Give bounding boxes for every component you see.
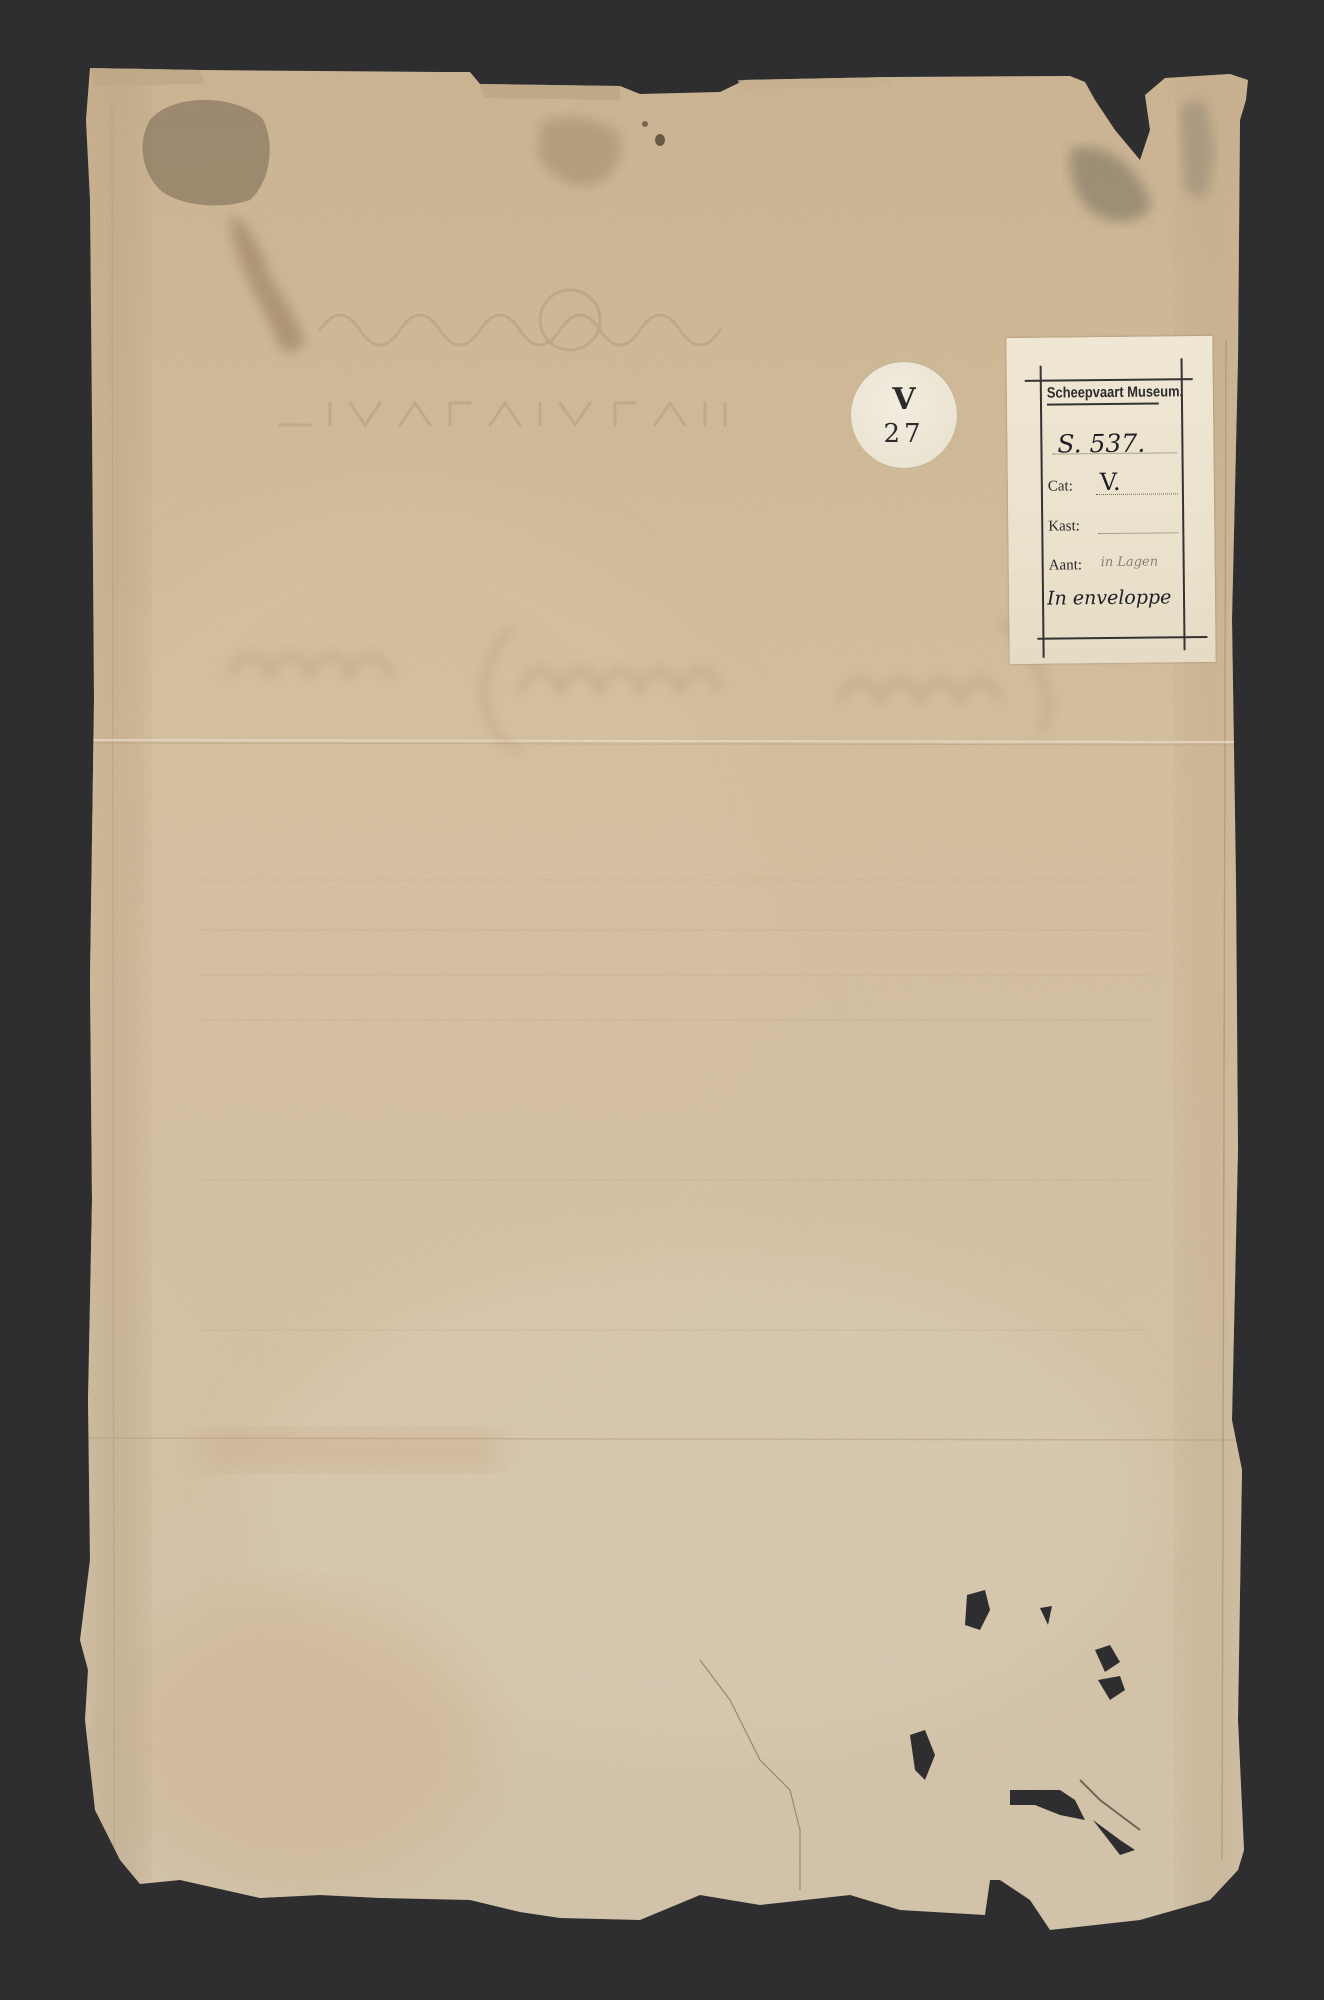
cat-field-label: Cat: xyxy=(1048,478,1073,495)
kast-dotted-line xyxy=(1098,532,1178,534)
museum-label-title: Scheepvaart Museum. xyxy=(1047,383,1159,405)
label-frame-left xyxy=(1040,366,1045,658)
label-note: In enveloppe xyxy=(1047,586,1172,609)
sticker-number: 27 xyxy=(883,419,924,449)
label-frame-bottom xyxy=(1037,636,1207,640)
aant-field-value: in Lagen xyxy=(1101,555,1159,571)
sticker-letter: V xyxy=(892,385,915,415)
museum-label-card: Scheepvaart Museum. S. 537. Cat: V. Kast… xyxy=(1006,336,1215,664)
catalog-sticker: V 27 xyxy=(851,362,957,468)
aant-field-label: Aant: xyxy=(1049,557,1083,574)
label-frame-right xyxy=(1181,358,1186,650)
cat-field-value: V. xyxy=(1100,468,1121,496)
label-frame-top xyxy=(1025,378,1193,382)
kast-field-label: Kast: xyxy=(1048,518,1080,535)
document-scan xyxy=(0,0,1324,2000)
cat-dotted-line xyxy=(1096,493,1178,495)
